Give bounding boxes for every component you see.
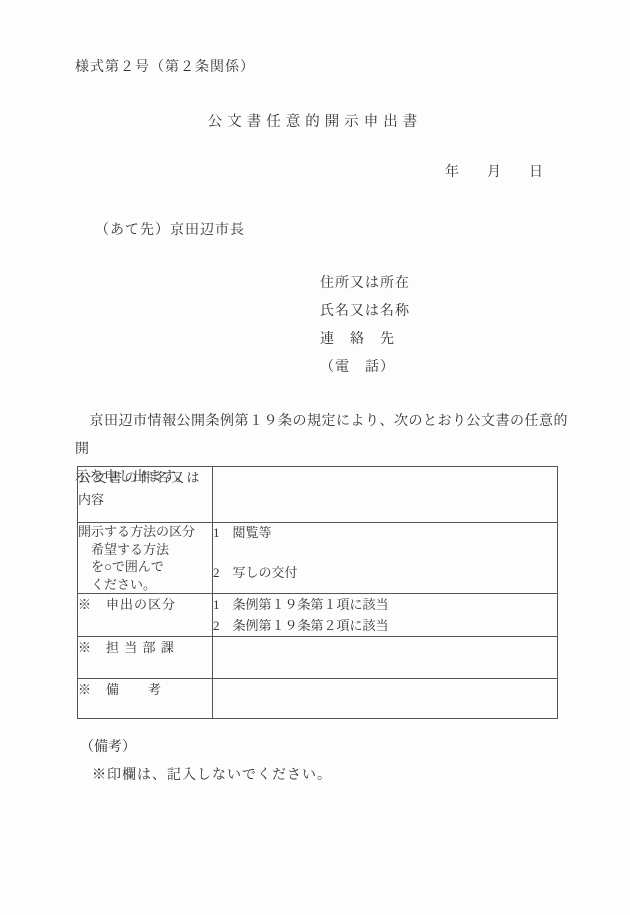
applicant-name-label: 氏名又は名称 — [320, 298, 410, 326]
notes-input-cell — [213, 679, 558, 719]
applicant-phone-label: （電 話） — [320, 354, 410, 382]
document-subject-label-line2: 内容 — [78, 489, 212, 511]
table-row: 公文書の件名又は 内容 — [78, 467, 558, 523]
applicant-address-label: 住所又は所在 — [320, 270, 410, 298]
notes-label: ※ 備 考 — [78, 682, 162, 697]
remarks-heading: （備考） — [80, 736, 136, 756]
table-row: 開示する方法の区分 希望する方法 を○で囲んで ください。 1 閲覧等 2 写し… — [78, 523, 558, 594]
application-category-options-cell: 1 条例第１９条第１項に該当 2 条例第１９条第２項に該当 — [213, 594, 558, 637]
application-category-label: ※ 申出の区分 — [78, 597, 176, 612]
document-subject-input-cell — [213, 467, 558, 523]
notes-label-cell: ※ 備 考 — [78, 679, 213, 719]
applicant-contact-label: 連 絡 先 — [320, 326, 410, 354]
department-label: ※ 担 当 部 課 — [78, 640, 175, 655]
date-line: 年 月 日 — [445, 161, 543, 181]
application-form-table: 公文書の件名又は 内容 開示する方法の区分 希望する方法 を○で囲んで ください… — [77, 466, 558, 719]
document-subject-label-line1: 公文書の件名又は — [78, 467, 212, 489]
applicant-block: 住所又は所在 氏名又は名称 連 絡 先 （電 話） — [320, 270, 410, 382]
document-page: 様式第２号（第２条関係） 公文書任意的開示申出書 年 月 日 （あて先）京田辺市… — [0, 0, 630, 915]
table-row: ※ 担 当 部 課 — [78, 637, 558, 679]
department-input-cell — [213, 637, 558, 679]
remarks-note: ※印欄は、記入しないでください。 — [92, 764, 332, 784]
document-title: 公文書任意的開示申出書 — [0, 110, 630, 131]
form-number: 様式第２号（第２条関係） — [75, 56, 255, 76]
disclosure-method-options-cell: 1 閲覧等 2 写しの交付 — [213, 523, 558, 594]
table-row: ※ 申出の区分 1 条例第１９条第１項に該当 2 条例第１９条第２項に該当 — [78, 594, 558, 637]
addressee-line: （あて先）京田辺市長 — [95, 219, 245, 239]
disclosure-method-label-cell: 開示する方法の区分 希望する方法 を○で囲んで ください。 — [78, 523, 213, 594]
department-label-cell: ※ 担 当 部 課 — [78, 637, 213, 679]
application-category-label-cell: ※ 申出の区分 — [78, 594, 213, 637]
document-subject-label-cell: 公文書の件名又は 内容 — [78, 467, 213, 523]
table-row: ※ 備 考 — [78, 679, 558, 719]
